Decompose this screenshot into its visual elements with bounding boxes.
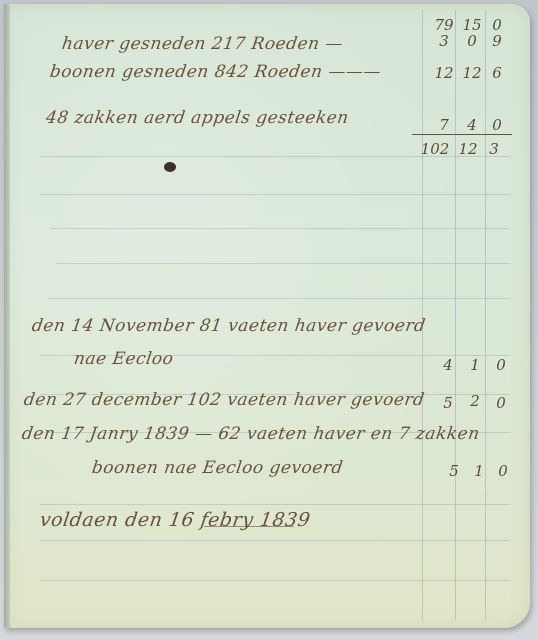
page-binding-edge bbox=[4, 4, 10, 628]
column-line bbox=[485, 10, 486, 620]
ruled-line bbox=[48, 298, 510, 299]
amount: 12 bbox=[459, 64, 485, 82]
entry-nae-eecloo: nae Eecloo bbox=[73, 349, 175, 369]
amount: 4 bbox=[435, 356, 461, 374]
ledger-page: 79 15 0 haver gesneden 217 Roeden — 3 0 … bbox=[4, 4, 530, 628]
entry-haver-gesneden: haver gesneden 217 Roeden — bbox=[61, 34, 345, 54]
total-3: 3 bbox=[481, 140, 507, 158]
amount: 5 bbox=[441, 462, 467, 480]
amount: 1 bbox=[462, 356, 488, 374]
amount: 0 bbox=[488, 356, 514, 374]
ruled-line bbox=[50, 228, 510, 229]
entry-27-december: den 27 december 102 vaeten haver gevoerd bbox=[23, 390, 426, 410]
entry-14-november: den 14 November 81 vaeten haver gevoerd bbox=[31, 316, 427, 336]
amount: 12 bbox=[431, 64, 457, 82]
total-1: 102 bbox=[418, 140, 452, 158]
amount: 4 bbox=[459, 116, 485, 134]
ruled-line bbox=[40, 580, 510, 581]
entry-boonen-gesneden: boonen gesneden 842 Roeden ——— bbox=[49, 62, 383, 82]
ruled-line bbox=[40, 504, 510, 505]
signature-flourish bbox=[204, 526, 294, 527]
ruled-line bbox=[40, 540, 510, 541]
amount: 5 bbox=[435, 394, 461, 412]
column-line bbox=[422, 10, 423, 620]
ink-blot bbox=[164, 162, 176, 172]
sum-underline bbox=[412, 134, 512, 135]
signature-voldaen: voldaen den 16 febry 1839 bbox=[38, 509, 311, 531]
entry-aerd-appels: 48 zakken aerd appels gesteeken bbox=[45, 108, 351, 128]
amount: 7 bbox=[431, 116, 457, 134]
amount: 3 bbox=[431, 32, 457, 50]
ruled-line bbox=[56, 263, 510, 264]
amount: 9 bbox=[484, 32, 510, 50]
amount: 0 bbox=[488, 394, 514, 412]
ruled-line bbox=[40, 194, 510, 195]
entry-boonen-gevoerd: boonen nae Eecloo gevoerd bbox=[91, 458, 345, 478]
column-line bbox=[455, 10, 456, 620]
amount: 0 bbox=[490, 462, 516, 480]
total-2: 12 bbox=[455, 140, 481, 158]
amount: 0 bbox=[459, 32, 485, 50]
amount: 1 bbox=[466, 462, 492, 480]
amount: 2 bbox=[462, 392, 488, 410]
entry-17-janry: den 17 Janry 1839 — 62 vaeten haver en 7… bbox=[21, 424, 481, 444]
amount: 6 bbox=[484, 64, 510, 82]
amount: 0 bbox=[484, 116, 510, 134]
